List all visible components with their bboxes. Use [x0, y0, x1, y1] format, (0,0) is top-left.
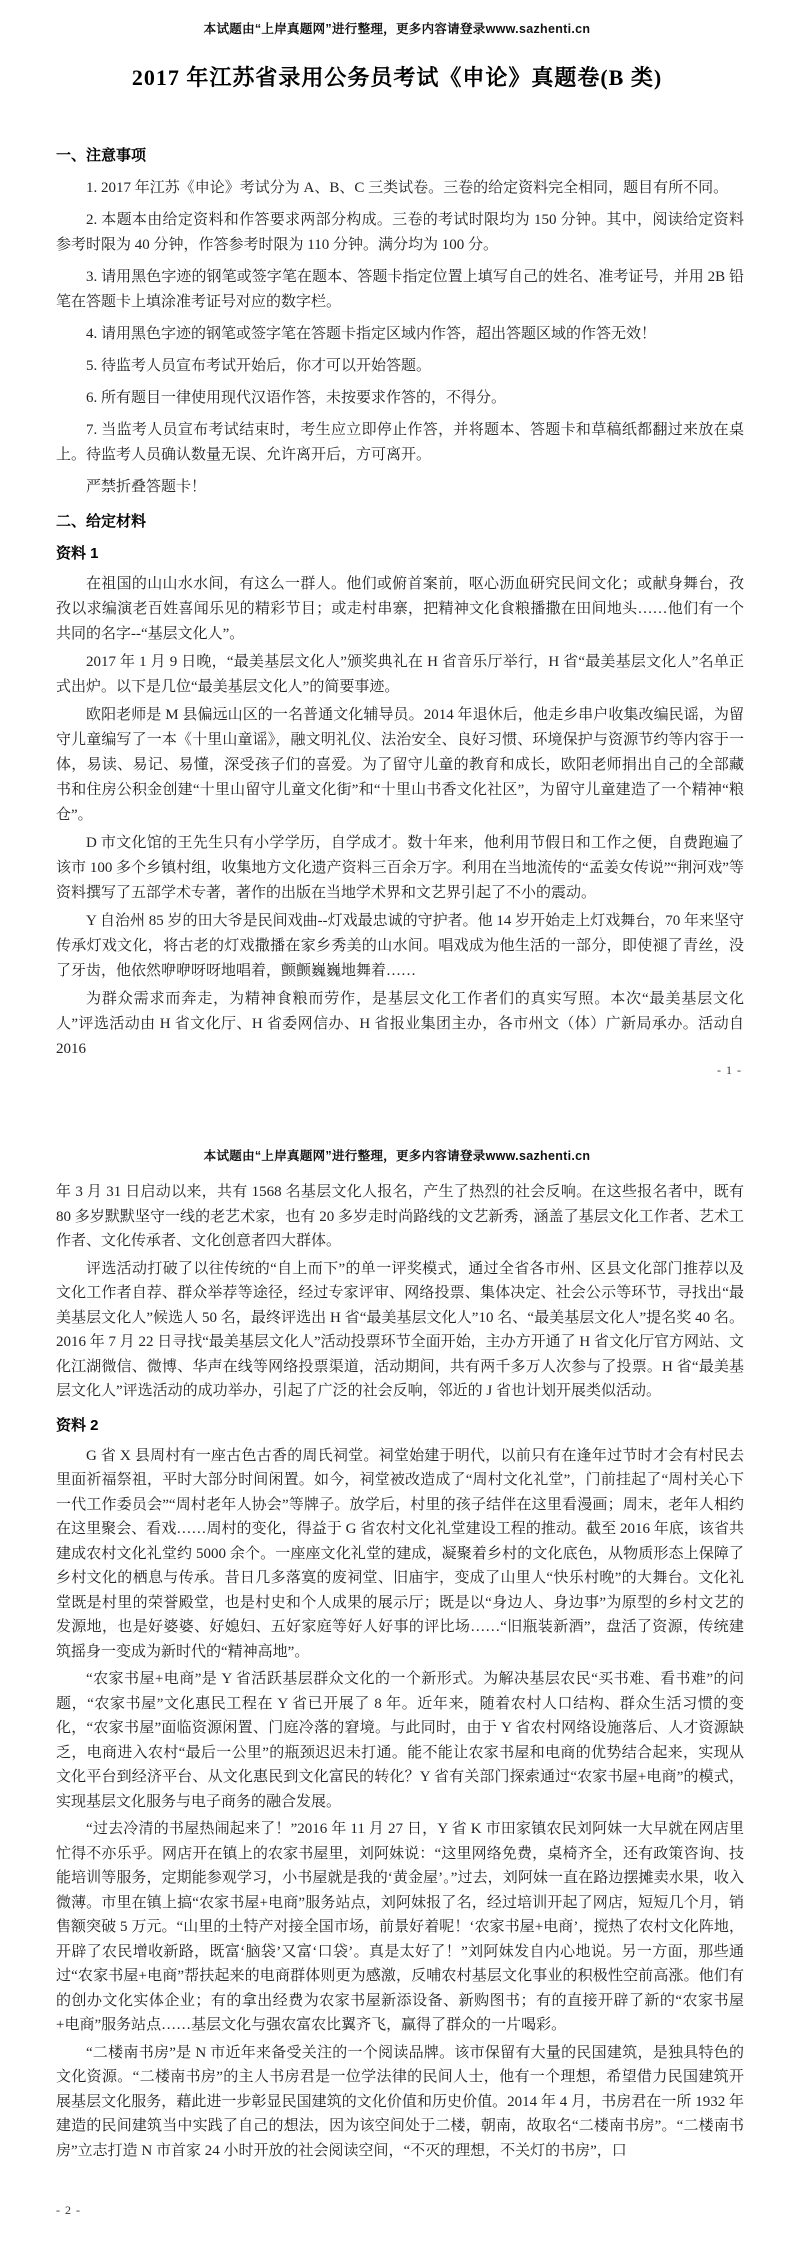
material-1-paragraph: D 市文化馆的王先生只有小学学历，自学成才。数十年来，他利用节假日和工作之便，自… [56, 831, 744, 906]
notice-item-7: 7. 当监考人员宣布考试结束时，考生应立即停止作答，并将题本、答题卡和草稿纸都翻… [56, 418, 744, 468]
material-1-paragraph: 评选活动打破了以往传统的“自上而下”的单一评奖模式，通过全省各市州、区县文化部门… [56, 1257, 744, 1404]
page-1-number: - 1 - [717, 1063, 742, 1078]
notice-item-5: 5. 待监考人员宣布考试开始后，你才可以开始答题。 [56, 354, 744, 379]
notice-item-1: 1. 2017 年江苏《申论》考试分为 A、B、C 三类试卷。三卷的给定资料完全… [56, 176, 744, 201]
notice-heading: 一、注意事项 [56, 146, 744, 166]
material-2-heading: 资料 2 [56, 1416, 744, 1436]
page-1-content: 一、注意事项 1. 2017 年江苏《申论》考试分为 A、B、C 三类试卷。三卷… [0, 146, 794, 1062]
notice-item-4: 4. 请用黑色字迹的钢笔或签字笔在答题卡指定区域内作答，超出答题区域的作答无效！ [56, 322, 744, 347]
materials-heading: 二、给定材料 [56, 512, 744, 532]
material-1-paragraph: Y 自治州 85 岁的田大爷是民间戏曲--灯戏最忠诚的守护者。他 14 岁开始走… [56, 909, 744, 984]
material-1-paragraph: 在祖国的山山水水间，有这么一群人。他们或俯首案前，呕心沥血研究民间文化；或献身舞… [56, 572, 744, 647]
exam-page-1: 本试题由“上岸真题网”进行整理，更多内容请登录www.sazhenti.cn 2… [0, 0, 794, 1120]
page-header-note: 本试题由“上岸真题网”进行整理，更多内容请登录www.sazhenti.cn [0, 1120, 794, 1164]
material-1-heading: 资料 1 [56, 544, 744, 564]
notice-item-6: 6. 所有题目一律使用现代汉语作答，未按要求作答的，不得分。 [56, 386, 744, 411]
material-2-paragraph: “农家书屋+电商”是 Y 省活跃基层群众文化的一个新形式。为解决基层农民“买书难… [56, 1667, 744, 1814]
exam-title: 2017 年江苏省录用公务员考试《申论》真题卷(B 类) [0, 61, 794, 92]
material-1-paragraph-continued: 年 3 月 31 日启动以来，共有 1568 名基层文化人报名，产生了热烈的社会… [56, 1180, 744, 1254]
material-1-paragraph: 欧阳老师是 M 县偏远山区的一名普通文化辅导员。2014 年退休后，他走乡串户收… [56, 703, 744, 828]
material-2-paragraph: G 省 X 县周村有一座古色古香的周氏祠堂。祠堂始建于明代，以前只有在逢年过节时… [56, 1444, 744, 1665]
notice-item-3: 3. 请用黑色字迹的钢笔或签字笔在题本、答题卡指定位置上填写自己的姓名、准考证号… [56, 265, 744, 315]
material-1-paragraph: 2017 年 1 月 9 日晚，“最美基层文化人”颁奖典礼在 H 省音乐厅举行，… [56, 650, 744, 700]
page-2-number: - 2 - [56, 2203, 81, 2218]
material-2-paragraph: “过去冷清的书屋热闹起来了！”2016 年 11 月 27 日，Y 省 K 市田… [56, 1817, 744, 2038]
page-header-note: 本试题由“上岸真题网”进行整理，更多内容请登录www.sazhenti.cn [0, 0, 794, 37]
material-2-paragraph: “二楼南书房”是 N 市近年来备受关注的一个阅读品牌。该市保留有大量的民国建筑，… [56, 2041, 744, 2164]
material-1-paragraph: 为群众需求而奔走，为精神食粮而劳作，是基层文化工作者们的真实写照。本次“最美基层… [56, 987, 744, 1062]
no-fold-warning: 严禁折叠答题卡！ [56, 475, 744, 500]
notice-item-2: 2. 本题本由给定资料和作答要求两部分构成。三卷的考试时限均为 150 分钟。其… [56, 208, 744, 258]
page-2-content: 年 3 月 31 日启动以来，共有 1568 名基层文化人报名，产生了热烈的社会… [0, 1180, 794, 2163]
exam-page-2: 本试题由“上岸真题网”进行整理，更多内容请登录www.sazhenti.cn 年… [0, 1120, 794, 2244]
